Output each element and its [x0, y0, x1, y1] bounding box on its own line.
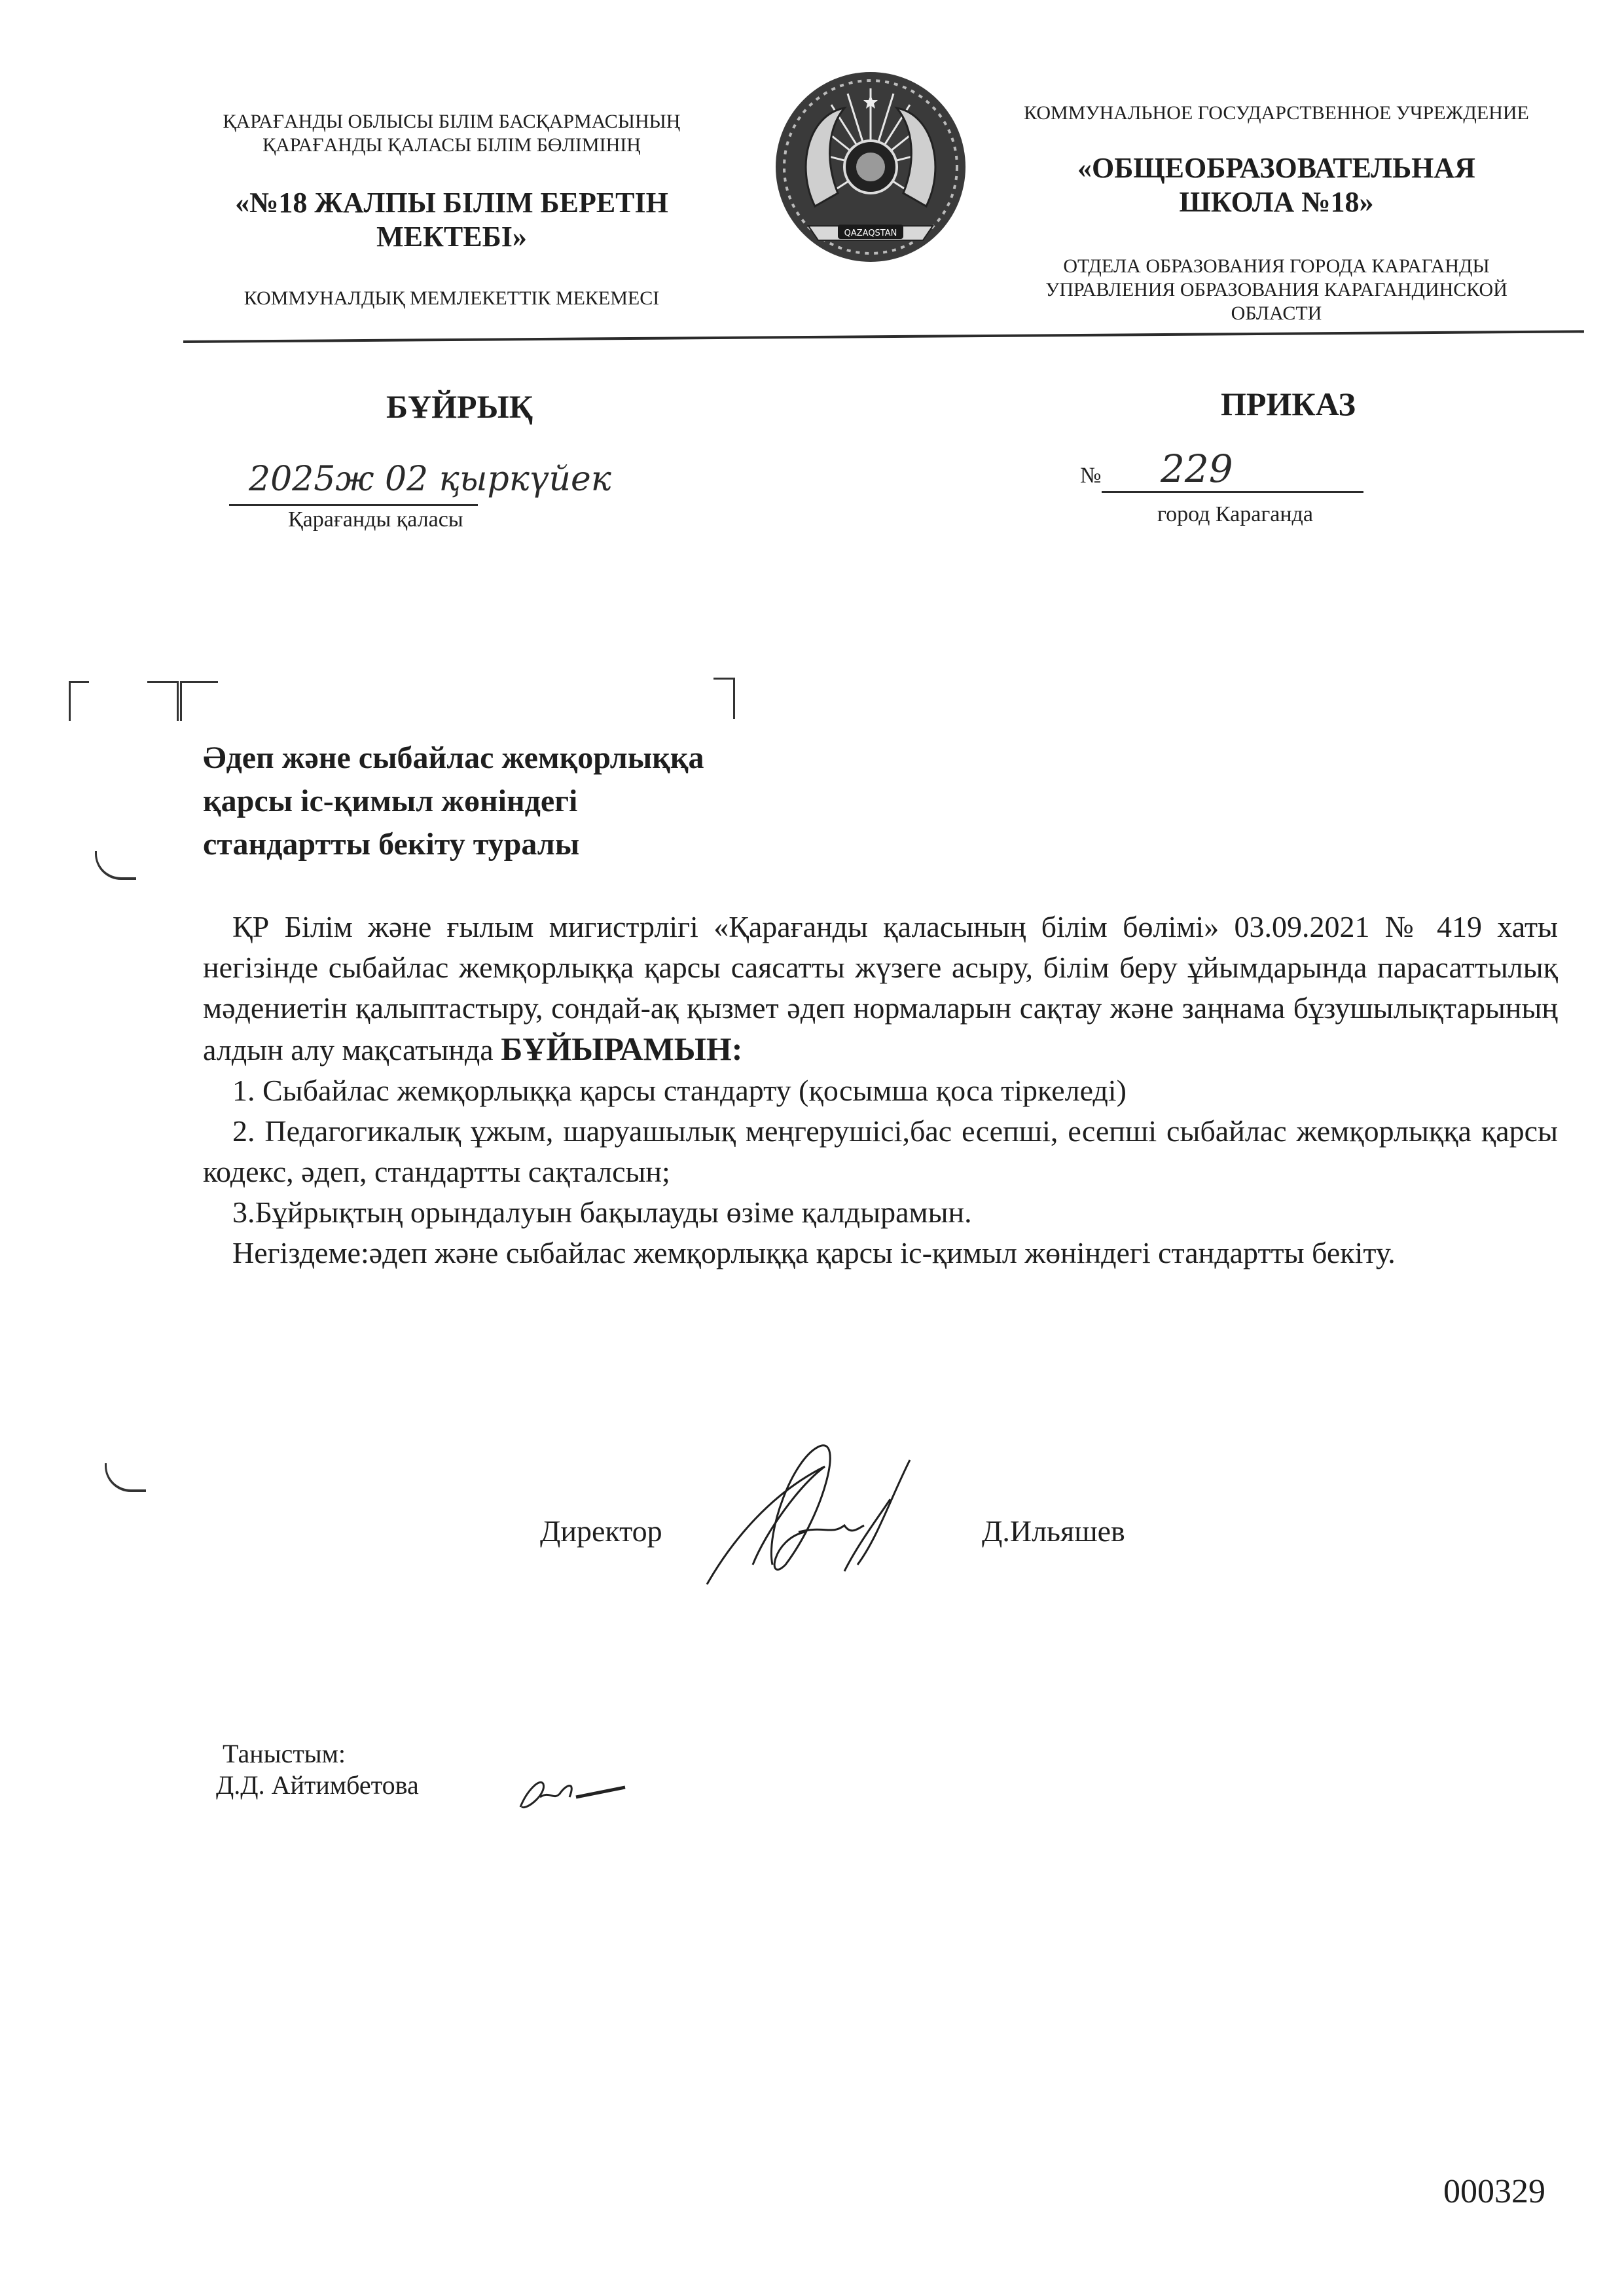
- subject-line2: қарсы іс-қимыл жөніндегі: [203, 780, 704, 823]
- signature-position: Директор: [540, 1511, 662, 1552]
- order-number-label: №: [1080, 464, 1101, 488]
- header-left-line1: ҚАРАҒАНДЫ ОБЛЫСЫ БІЛІМ БАСҚАРМАСЫНЫҢ: [190, 110, 713, 134]
- acknowledged-block: Таныстым: Д.Д. Айтимбетова: [216, 1738, 419, 1801]
- order-number-handwritten: 229: [1161, 446, 1233, 491]
- acknowledged-label: Таныстым:: [216, 1738, 419, 1770]
- header-left-school-line1: «№18 ЖАЛПЫ БІЛІМ БЕРЕТІН: [190, 186, 713, 220]
- order-city-kz: Қарағанды қаласы: [288, 507, 463, 532]
- header-right: КОММУНАЛЬНОЕ ГОСУДАРСТВЕННОЕ УЧРЕЖДЕНИЕ …: [995, 101, 1558, 325]
- header-divider: [183, 330, 1584, 343]
- director-signature-icon: [694, 1434, 982, 1591]
- order-item-2: 2. Педагогикалық ұжым, шаруашылық меңгер…: [203, 1111, 1558, 1192]
- order-item-3: 3.Бұйрықтың орындалуын бақылауды өзіме қ…: [203, 1192, 1558, 1233]
- page-code: 000329: [1443, 2172, 1545, 2211]
- subject-line3: стандартты бекіту туралы: [203, 823, 704, 866]
- order-item-1: 1. Сыбайлас жемқорлыққа қарсы стандарту …: [203, 1070, 1558, 1111]
- header-right-line3: ОБЛАСТИ: [995, 302, 1558, 325]
- order-date-field: 2025ж 02 қыркүйек: [229, 458, 478, 506]
- signature-name: Д.Ильяшев: [982, 1511, 1125, 1552]
- corner-bracket: [69, 681, 89, 721]
- emblem-label: QAZAQSTAN: [844, 228, 897, 238]
- subject-line1: Әдеп және сыбайлас жемқорлыққа: [203, 737, 704, 780]
- acknowledged-name: Д.Д. Айтимбетова: [216, 1770, 419, 1801]
- order-date-handwritten: 2025ж 02 қыркүйек: [249, 460, 611, 499]
- corner-bracket: [147, 681, 179, 721]
- header-left: ҚАРАҒАНДЫ ОБЛЫСЫ БІЛІМ БАСҚАРМАСЫНЫҢ ҚАР…: [190, 110, 713, 310]
- preamble-text: ҚР Білім және ғылым мигистрлігі «Қараған…: [203, 910, 1558, 1066]
- header-left-line2: ҚАРАҒАНДЫ ҚАЛАСЫ БІЛІМ БӨЛІМІНІҢ: [190, 134, 713, 157]
- order-title-kz: БҰЙРЫҚ: [386, 388, 533, 426]
- header-right-school-line1: «ОБЩЕОБРАЗОВАТЕЛЬНАЯ: [995, 151, 1558, 185]
- header-left-type: КОММУНАЛДЫҚ МЕМЛЕКЕТТІК МЕКЕМЕСІ: [190, 287, 713, 310]
- header-right-line1: ОТДЕЛА ОБРАЗОВАНИЯ ГОРОДА КАРАГАНДЫ: [995, 255, 1558, 278]
- order-word: БҰЙЫРАМЫН:: [501, 1030, 742, 1067]
- order-basis: Негіздеме:әдеп және сыбайлас жемқорлыққа…: [203, 1233, 1447, 1273]
- order-city-ru: город Караганда: [1157, 502, 1313, 527]
- order-body: ҚР Білім және ғылым мигистрлігі «Қараған…: [203, 907, 1558, 1273]
- header-right-school-line2: ШКОЛА №18»: [995, 185, 1558, 219]
- order-subject: Әдеп және сыбайлас жемқорлыққа қарсы іс-…: [203, 737, 704, 866]
- header-right-line2: УПРАВЛЕНИЯ ОБРАЗОВАНИЯ КАРАГАНДИНСКОЙ: [995, 278, 1558, 302]
- header-right-type: КОММУНАЛЬНОЕ ГОСУДАРСТВЕННОЕ УЧРЕЖДЕНИЕ: [995, 101, 1558, 125]
- kazakhstan-emblem-icon: QAZAQSTAN: [769, 69, 972, 272]
- corner-bracket: [180, 681, 218, 721]
- order-number-field: 229: [1102, 458, 1363, 493]
- scan-mark: [105, 1463, 146, 1492]
- header-left-school-line2: МЕКТЕБІ»: [190, 220, 713, 254]
- scan-mark: [95, 851, 136, 880]
- corner-bracket: [713, 678, 735, 719]
- acknowledged-signature-icon: [514, 1771, 632, 1817]
- order-title-ru: ПРИКАЗ: [1221, 385, 1356, 423]
- body-preamble: ҚР Білім және ғылым мигистрлігі «Қараған…: [203, 907, 1558, 1070]
